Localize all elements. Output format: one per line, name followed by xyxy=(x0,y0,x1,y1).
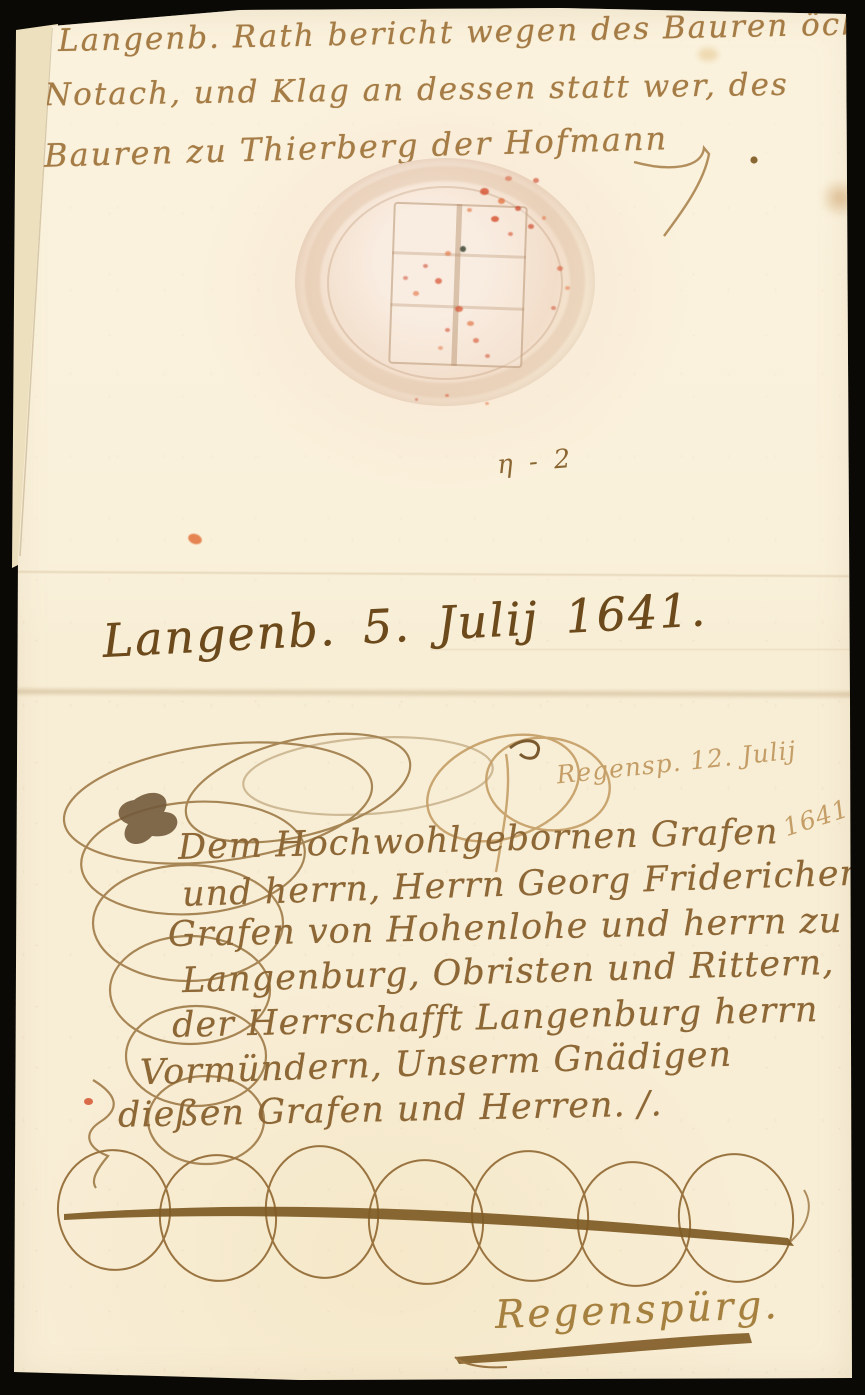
docket-line-1: Langenb. Rath bericht wegen des Bauren ö… xyxy=(58,5,865,59)
flourish-ink-blob xyxy=(119,793,178,844)
wax-fleck xyxy=(528,224,534,229)
wax-fleck xyxy=(445,251,451,256)
fold-crease-upper xyxy=(12,570,852,578)
presentation-mark-flourish xyxy=(408,726,638,881)
address-line-7: dießen Grafen und Herren. /. xyxy=(118,1084,663,1135)
dateline: Langenb. 5. Julij 1641. xyxy=(101,582,708,668)
wax-fleck xyxy=(423,264,428,268)
wax-fleck xyxy=(565,286,570,290)
address-line-5: der Herrschafft Langenburg herrn xyxy=(172,990,819,1046)
wax-fleck xyxy=(415,398,418,401)
address-line-4: Langenburg, Obristen und Rittern, xyxy=(182,943,835,1001)
presentation-note-line-2: 1641. xyxy=(779,791,861,842)
place-underline-flourish xyxy=(445,1325,765,1375)
wax-fleck xyxy=(480,188,489,195)
wax-fleck xyxy=(508,232,513,236)
foxing-stain-top xyxy=(698,48,718,61)
destination-place: Regenspürg. xyxy=(494,1283,780,1338)
letter-paper: Langenb. Rath bericht wegen des Bauren ö… xyxy=(0,0,865,1395)
wax-fleck xyxy=(485,354,490,358)
archive-number-note: η - 2 xyxy=(496,444,576,481)
docket-line-2: Notach, und Klag an dessen statt wer, de… xyxy=(44,67,789,113)
presentation-note-line-1: Regensp. 12. Julij xyxy=(555,735,798,789)
wax-fleck xyxy=(542,216,546,220)
wax-fleck xyxy=(533,178,539,183)
address-line-1: Dem Hochwohlgebornen Grafen xyxy=(178,812,779,868)
wax-fleck xyxy=(467,208,472,212)
address-line-2: und herrn, Herrn Georg Friderichen, xyxy=(182,853,865,915)
ink-stain-orange xyxy=(187,532,204,546)
wax-fleck xyxy=(435,278,442,284)
wax-fleck xyxy=(557,266,563,271)
fold-crease-lower xyxy=(12,687,852,700)
left-margin-flourish xyxy=(38,728,488,1193)
seal-dark-speck xyxy=(460,246,466,252)
seal-shield-quartered xyxy=(388,202,528,369)
wax-fleck xyxy=(445,328,450,332)
docket-tail-flourish xyxy=(632,140,772,250)
wax-fleck xyxy=(485,402,489,405)
wax-fleck xyxy=(505,176,512,181)
wax-fleck xyxy=(445,394,449,397)
address-line-6: Vormündern, Unserm Gnädigen xyxy=(140,1035,733,1094)
wax-fleck xyxy=(491,216,499,222)
address-underline-flourish xyxy=(52,1148,832,1303)
address-line-3: Grafen von Hohenlohe und herrn zu xyxy=(168,901,843,955)
wax-fleck xyxy=(467,321,474,326)
wax-fleck xyxy=(473,338,479,343)
wax-fleck xyxy=(515,206,521,211)
wax-fleck xyxy=(438,346,443,350)
wax-fleck xyxy=(455,306,463,312)
wax-seal xyxy=(295,158,595,438)
flourish-thick-stroke xyxy=(64,1207,794,1246)
fold-crease-faint xyxy=(430,648,850,651)
wax-fleck xyxy=(413,291,419,296)
foxing-stain-right xyxy=(822,176,858,220)
photo-background: Langenb. Rath bericht wegen des Bauren ö… xyxy=(0,0,865,1395)
wax-fleck xyxy=(551,306,556,310)
wax-fleck xyxy=(498,198,505,204)
wax-speck-left xyxy=(84,1098,93,1105)
wax-fleck xyxy=(403,276,408,280)
